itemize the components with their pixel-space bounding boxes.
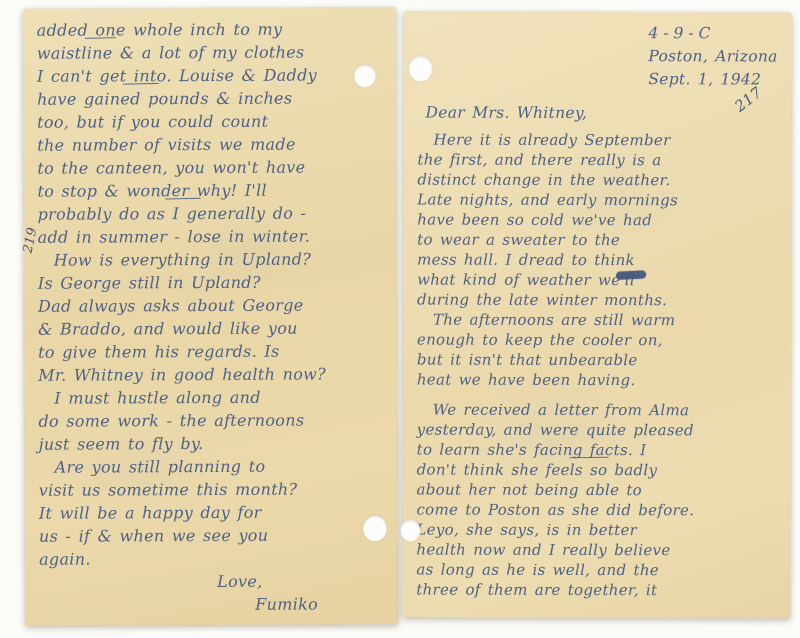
letter-line: I can't get into. Louise & Daddy — [37, 63, 388, 88]
letter-line: but it isn't that unbearable — [417, 350, 783, 371]
letter-line: add in summer - lose in winter. — [38, 224, 389, 249]
salutation: Dear Mrs. Whitney, — [426, 104, 588, 122]
letter-header: 4-9-C Poston, Arizona Sept. 1, 1942 — [648, 22, 777, 91]
letter-line: have been so cold we've had — [417, 210, 783, 231]
letter-line: heat we have been having. — [417, 370, 783, 391]
letter-line: distinct change in the weather. — [417, 170, 783, 191]
letter-line: yesterday, and were quite pleased — [417, 420, 783, 441]
letter-page-right: 4-9-C Poston, Arizona Sept. 1, 1942 217 … — [402, 11, 792, 618]
letter-line: probably do as I generally do - — [38, 201, 389, 226]
letter-line: How is everything in Upland? — [38, 247, 389, 272]
letter-line: Mr. Whitney in good health now? — [38, 362, 389, 387]
letter-line: what kind of weather we'll — [417, 270, 783, 291]
letter-line: Leyo, she says, is in better — [416, 520, 782, 541]
left-page-text: added one whole inch to my waistline & a… — [23, 7, 399, 617]
letter-line: the number of visits we made — [37, 132, 388, 157]
letter-line: do some work - the afternoons — [38, 408, 389, 433]
letter-line: Are you still planning to — [39, 454, 390, 479]
right-page-text: Here it is already September the first, … — [402, 129, 791, 600]
letter-line: the first, and there really is a — [417, 150, 783, 171]
letter-line: again. — [39, 546, 390, 571]
block-address: 4-9-C — [648, 22, 777, 45]
letter-line: have gained pounds & inches — [37, 86, 388, 111]
hole-punch — [354, 64, 376, 87]
letter-line: to give them his regards. Is — [38, 339, 389, 364]
letter-line: Is George still in Upland? — [38, 270, 389, 295]
letter-page-left: 219 added one whole inch to my waistline… — [23, 7, 399, 626]
letter-line: waistline & a lot of my clothes — [37, 40, 388, 65]
letter-closing: Love, — [217, 569, 390, 593]
crossed-out-word — [616, 270, 646, 279]
letter-scan: 219 added one whole inch to my waistline… — [0, 0, 800, 638]
letter-line: & Braddo, and would like you — [38, 316, 389, 341]
letter-line: mess hall. I dread to think — [417, 250, 783, 271]
letter-line: to wear a sweater to the — [417, 230, 783, 251]
hole-punch — [409, 56, 433, 82]
place-line: Poston, Arizona — [648, 45, 777, 68]
letter-line: during the late winter months. — [417, 290, 783, 311]
letter-line: It will be a happy day for — [39, 500, 390, 525]
letter-line: I must hustle along and — [38, 385, 389, 410]
hole-punch — [400, 519, 420, 541]
letter-line: just seem to fly by. — [39, 431, 390, 456]
letter-line: too, but if you could count — [37, 109, 388, 134]
letter-line: as long as he is well, and the — [416, 560, 782, 581]
letter-line: Here it is already September — [417, 130, 783, 151]
letter-line: Dad always asks about George — [38, 293, 389, 318]
hole-punch — [363, 515, 387, 541]
letter-line: us - if & when we see you — [39, 523, 390, 548]
letter-line: The afternoons are still warm — [417, 310, 783, 331]
letter-line: don't think she feels so badly — [417, 460, 783, 481]
letter-line: to stop & wonder why! I'll — [37, 178, 388, 203]
letter-line: enough to keep the cooler on, — [417, 330, 783, 351]
letter-line: come to Poston as she did before. — [416, 500, 782, 521]
letter-line: Late nights, and early mornings — [417, 190, 783, 211]
letter-line: about her not being able to — [417, 480, 783, 501]
letter-line: to the canteen, you won't have — [37, 155, 388, 180]
letter-line: three of them are together, it — [416, 580, 782, 601]
letter-line: We received a letter from Alma — [417, 400, 783, 421]
letter-signature: Fumiko — [255, 592, 390, 616]
letter-line: visit us sometime this month? — [39, 477, 390, 502]
letter-line: health now and I really believe — [416, 540, 782, 561]
